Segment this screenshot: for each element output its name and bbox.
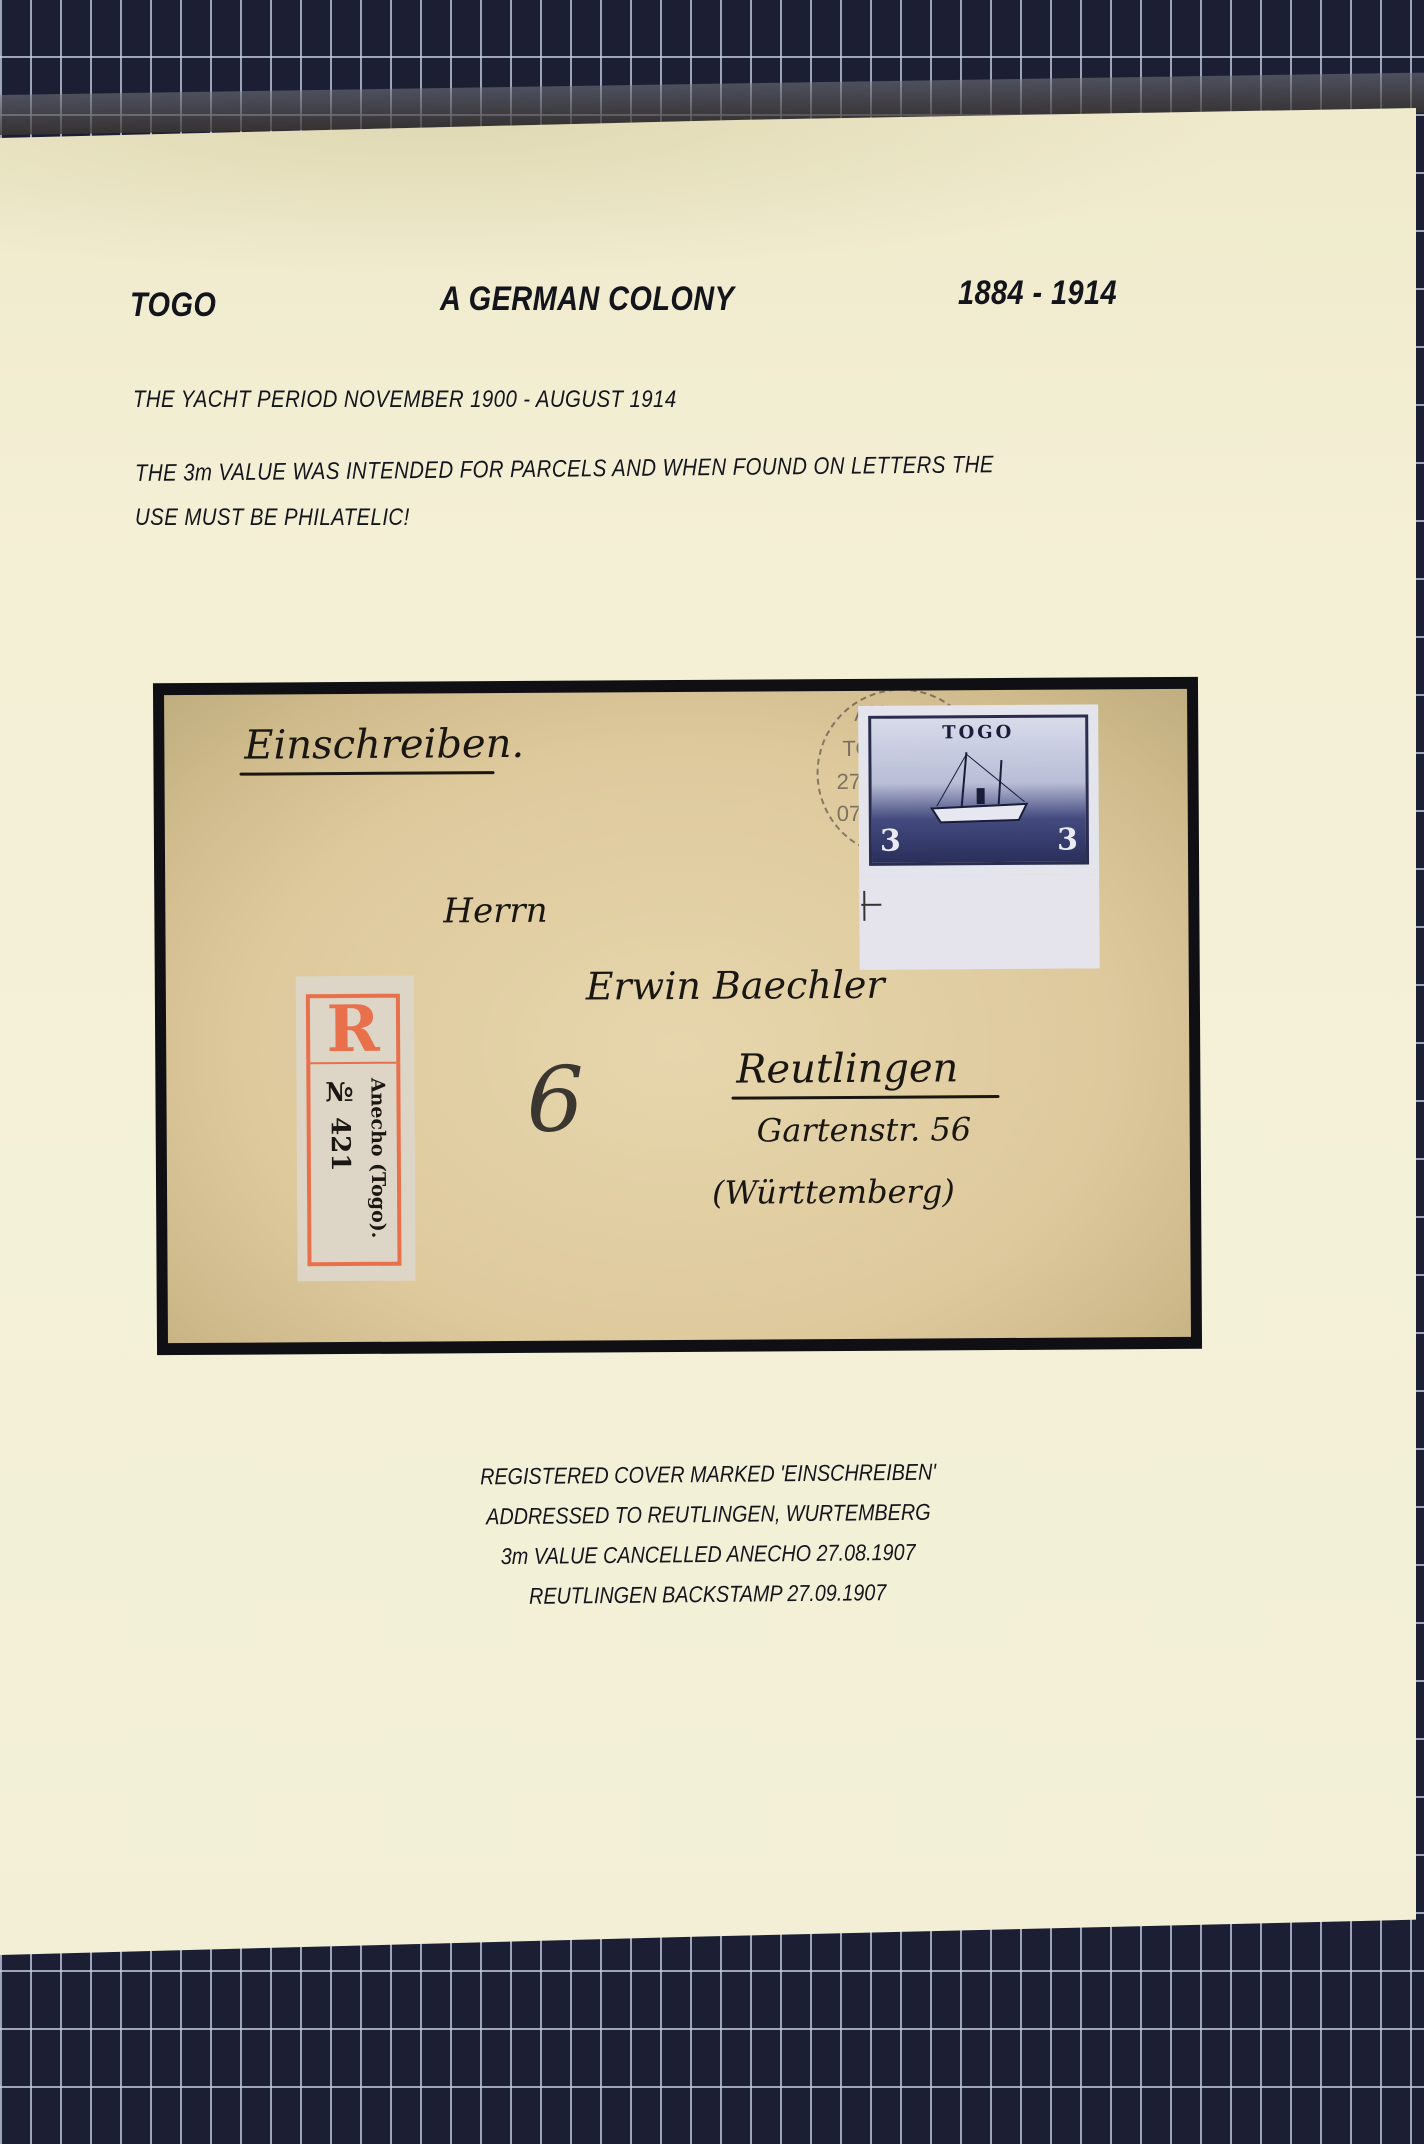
postmark-year: 07: [837, 801, 862, 827]
togo-3-mark-stamp: TOGO 3 3: [858, 704, 1099, 875]
cover-mount: Einschreiben. AN TO 27 07 TOGO 3 3: [153, 677, 1202, 1355]
period-line: THE YACHT PERIOD NOVEMBER 1900 - AUGUST …: [133, 386, 677, 414]
album-page: TOGO A GERMAN COLONY 1884 - 1914 THE YAC…: [0, 108, 1416, 1968]
registration-label: R Anecho (Togo). № 421: [296, 976, 416, 1282]
registration-office: Anecho (Togo).: [366, 1078, 389, 1239]
city-underline: [731, 1095, 999, 1100]
caption-line-3: 3m VALUE CANCELLED ANECHO 27.08.1907: [0, 1534, 1416, 1576]
header-subtitle: A GERMAN COLONY: [440, 280, 734, 319]
marking-underline: [240, 771, 495, 776]
header-years: 1884 - 1914: [958, 274, 1117, 313]
intro-line-2: USE MUST BE PHILATELIC!: [135, 504, 410, 532]
intro-line-1: THE 3m VALUE WAS INTENDED FOR PARCELS AN…: [135, 451, 994, 488]
stamp-sheet-margin: [859, 874, 1100, 969]
einschreiben-marking: Einschreiben.: [244, 721, 524, 769]
header-country: TOGO: [130, 286, 216, 325]
manuscript-number: 6: [526, 1048, 584, 1153]
registration-label-border: R Anecho (Togo). № 421: [306, 994, 402, 1267]
stamp-value-right: 3: [1057, 823, 1078, 858]
stamp-country: TOGO: [871, 722, 1085, 744]
caption-line-2: ADDRESSED TO REUTLINGEN, WURTEMBERG: [0, 1494, 1416, 1536]
registration-number: № 421: [324, 1078, 355, 1172]
address-salutation: Herrn: [443, 891, 547, 932]
yacht-icon: [926, 746, 1037, 837]
registered-cover: Einschreiben. AN TO 27 07 TOGO 3 3: [164, 689, 1191, 1343]
stamp-value-left: 3: [880, 824, 901, 859]
caption-line-1: REGISTERED COVER MARKED 'EINSCHREIBEN': [0, 1454, 1416, 1496]
address-street: Gartenstr. 56: [757, 1110, 972, 1149]
address-region: (Württemberg): [712, 1172, 955, 1211]
registration-r-mark: R: [310, 998, 396, 1065]
address-name: Erwin Baechler: [586, 963, 885, 1009]
stamp-design: TOGO 3 3: [868, 714, 1089, 865]
address-city: Reutlingen: [736, 1045, 958, 1092]
postmark-day: 27: [836, 769, 861, 795]
caption-line-4: REUTLINGEN BACKSTAMP 27.09.1907: [0, 1574, 1416, 1616]
